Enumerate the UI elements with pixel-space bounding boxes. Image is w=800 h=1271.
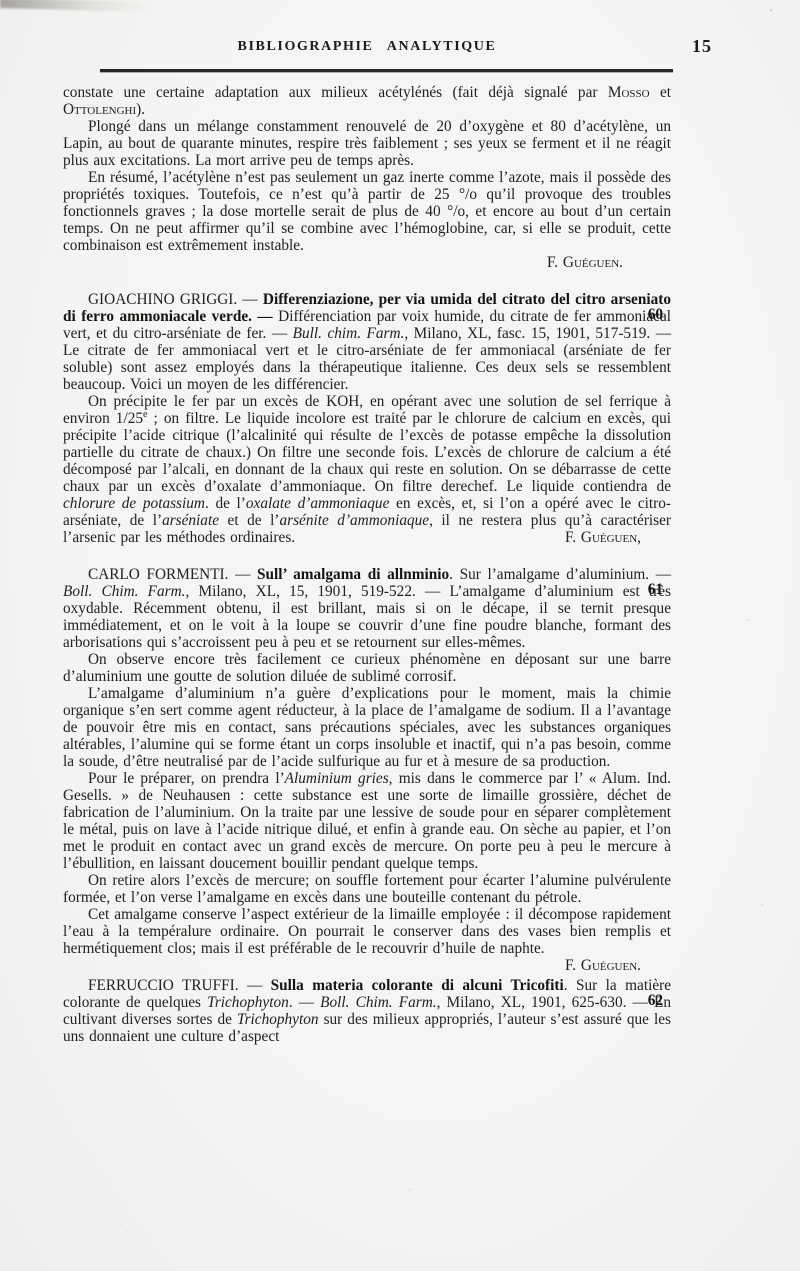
paragraph: Pour le préparer, on prendra l’Aluminium… xyxy=(63,770,671,872)
paragraph: On retire alors l’excès de mercure; on s… xyxy=(63,872,671,906)
page-content: constate une certaine adaptation aux mil… xyxy=(63,84,671,1045)
paragraph: Cet amalgame conserve l’aspect extérieur… xyxy=(63,906,671,957)
signature: F. Guéguen, xyxy=(540,529,641,546)
paragraph: constate une certaine adaptation aux mil… xyxy=(63,84,671,118)
paragraph: Plongé dans un mélange constamment renou… xyxy=(63,118,671,169)
paragraph: En résumé, l’acétylène n’est pas seuleme… xyxy=(63,169,671,254)
entry-number: 60 xyxy=(648,306,663,323)
scan-smudge xyxy=(0,0,150,12)
scanned-page: BIBLIOGRAPHIE ANALYTIQUE 15 constate une… xyxy=(0,0,800,1271)
paragraph: L’amalgame d’aluminium n’a guère d’expli… xyxy=(63,685,671,770)
paragraph: CARLO FORMENTI. — Sull’ amalgama di alln… xyxy=(63,566,671,651)
signature: F. Guéguen. xyxy=(63,254,671,271)
page-number: 15 xyxy=(692,36,712,57)
paragraph: On observe encore très facilement ce cur… xyxy=(63,651,671,685)
entry-number: 62 xyxy=(648,992,663,1009)
paragraph: On précipite le fer par un excès de KOH,… xyxy=(63,393,671,546)
header-rule xyxy=(100,69,673,72)
bibliography-entry: 60GIOACHINO GRIGGI. — Differenziazione, … xyxy=(63,291,671,546)
paragraph: FERRUCCIO TRUFFI. — Sulla materia colora… xyxy=(63,977,671,1045)
entry-number: 61 xyxy=(648,581,663,598)
bibliography-entry: 61CARLO FORMENTI. — Sull’ amalgama di al… xyxy=(63,566,671,957)
paragraph: GIOACHINO GRIGGI. — Differenziazione, pe… xyxy=(63,291,671,393)
bibliography-entry: 62FERRUCCIO TRUFFI. — Sulla materia colo… xyxy=(63,977,671,1045)
signature: F. Guéguen. xyxy=(540,957,641,974)
running-title: BIBLIOGRAPHIE ANALYTIQUE xyxy=(63,39,671,55)
